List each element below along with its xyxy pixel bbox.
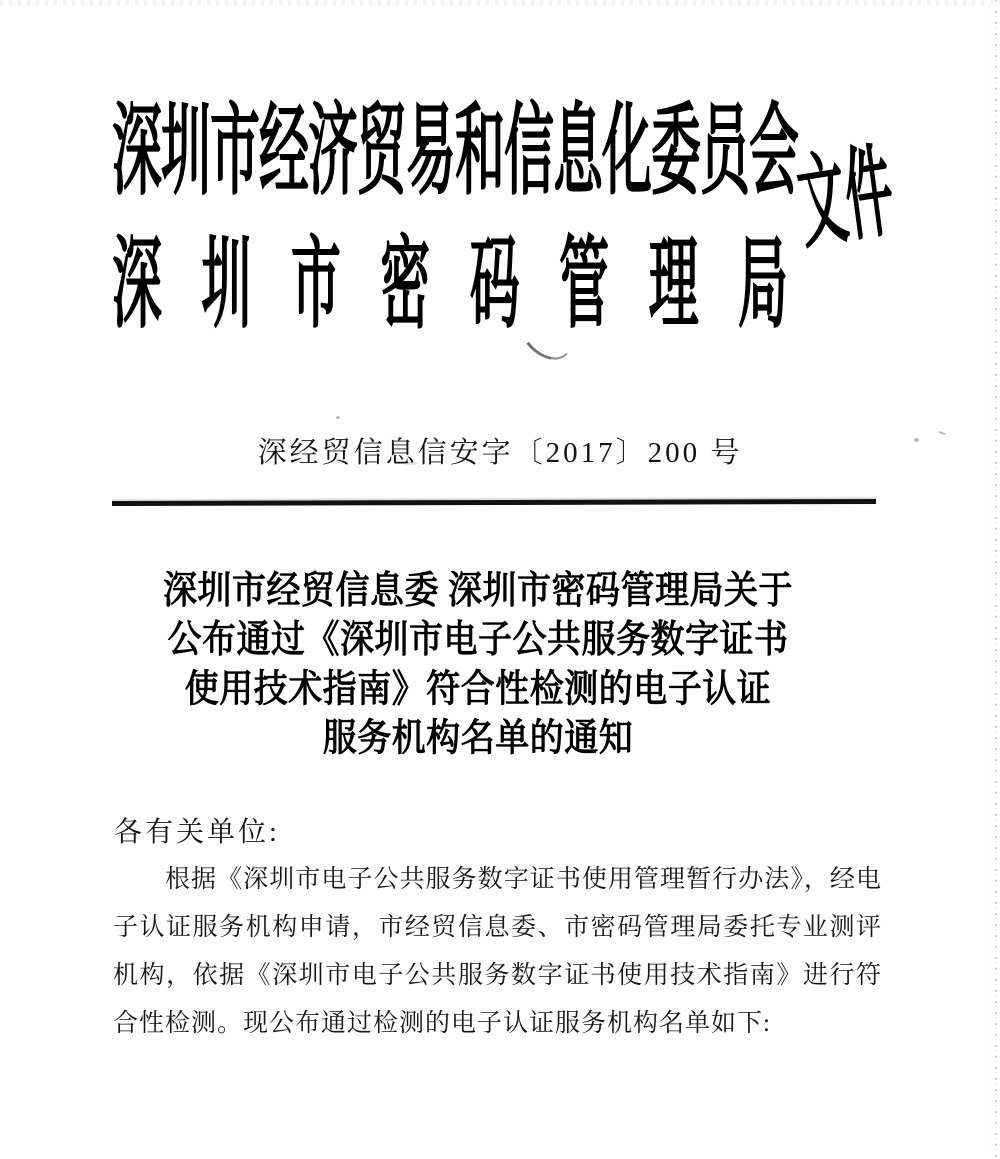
agency-name-line1: 深圳市经济贸易和信息化委员会: [112, 97, 788, 205]
title-line-3: 使用技术指南》符合性检测的电子认证: [0, 666, 956, 715]
title-line-4: 服务机构名单的通知: [0, 715, 956, 764]
separator-rule: [112, 499, 876, 506]
agency-name-line2: 深圳市密码管理局: [112, 230, 788, 338]
document-title: 深圳市经贸信息委 深圳市密码管理局关于 公布通过《深圳市电子公共服务数字证书 使…: [0, 567, 956, 764]
body-line-2: 子认证服务机构申请，市经贸信息委、市密码管理局委托专业测评: [113, 904, 881, 952]
document-number: 深经贸信息信安字〔2017〕200 号: [0, 430, 1000, 471]
scan-speck: [336, 416, 340, 419]
body-line-3: 机构，依据《深圳市电子公共服务数字证书使用技术指南》进行符: [113, 952, 881, 1000]
scan-edge-noise: [986, 0, 1000, 1159]
title-line-1: 深圳市经贸信息委 深圳市密码管理局关于: [0, 567, 956, 616]
scanned-document-page: 深圳市经济贸易和信息化委员会 深圳市密码管理局 文件 深经贸信息信安字〔2017…: [0, 0, 1000, 1159]
title-line-2: 公布通过《深圳市电子公共服务数字证书: [0, 616, 956, 665]
salutation: 各有关单位:: [114, 810, 280, 850]
body-paragraph: 根据《深圳市电子公共服务数字证书使用管理暂行办法》，经电 子认证服务机构申请，市…: [113, 856, 881, 1048]
body-line-1: 根据《深圳市电子公共服务数字证书使用管理暂行办法》，经电: [113, 856, 881, 904]
doc-type-label: 文件: [793, 143, 899, 258]
body-line-4: 合性检测。现公布通过检测的电子认证服务机构名单如下:: [113, 1000, 881, 1048]
scan-edge-noise-top: [0, 0, 1000, 6]
